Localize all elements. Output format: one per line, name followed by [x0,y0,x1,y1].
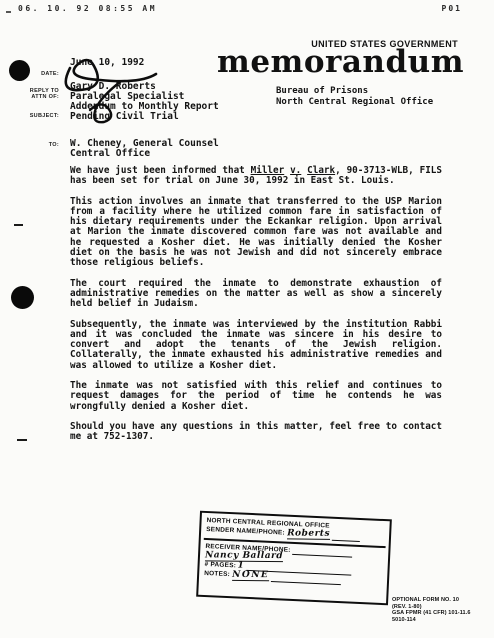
paragraph-5: The inmate was not satisfied with this r… [70,381,442,412]
scan-artifact-dash [6,11,11,13]
office-block: Bureau of Prisons North Central Regional… [276,86,433,107]
memorandum-title: memorandum [217,44,464,80]
stamp-sender-label: SENDER NAME/PHONE: [206,526,285,537]
hole-punch-mark [11,286,34,309]
form-gsa-line: GSA FPMR (41 CFR) 101-11.6 [392,610,471,617]
paragraph-3: The court required the inmate to demonst… [70,279,442,310]
to-label: TO: [14,142,59,148]
paragraph-6: Should you have any questions in this ma… [70,422,442,443]
recipient-office: Central Office [70,149,150,159]
stamp-notes-label: NOTES: [204,570,230,578]
reply-to-label-line2: ATTN OF: [14,94,59,100]
scan-artifact-dash [17,439,27,441]
fax-header: 06. 10. 92 08:55 AM P01 [0,4,494,18]
stamp-pages-label: # PAGES: [204,561,236,569]
paragraph-4: Subsequently, the inmate was interviewed… [70,320,442,371]
form-number: OPTIONAL FORM NO. 10 [392,597,471,604]
memo-page: 06. 10. 92 08:55 AM P01 UNITED STATES GO… [0,0,494,638]
form-revision: (REV. 1-80) [392,604,471,611]
stamp-notes-handwritten: NONE [232,571,269,581]
paragraph-2: This action involves an inmate that tran… [70,197,442,269]
signature-scrawl [56,52,196,134]
form-stock-number: 5010-114 [392,617,471,624]
fax-page-indicator: P01 [442,4,462,13]
blank-line [271,574,341,585]
memo-body: We have just been informed that Miller v… [70,166,442,453]
paragraph-1: We have just been informed that Miller v… [70,166,442,187]
fax-timestamp: 06. 10. 92 08:55 AM [18,4,157,13]
scan-artifact-dash [14,224,23,226]
date-label: DATE: [14,71,59,77]
subject-label: SUBJECT: [14,113,59,119]
office-line1: Bureau of Prisons [276,86,433,97]
form-identification: OPTIONAL FORM NO. 10 (REV. 1-80) GSA FPM… [392,597,471,623]
fax-routing-stamp: NORTH CENTRAL REGIONAL OFFICE SENDER NAM… [196,511,392,606]
office-line2: North Central Regional Office [276,97,433,108]
stamp-sender-handwritten: Roberts [287,529,330,539]
blank-line [332,533,360,542]
